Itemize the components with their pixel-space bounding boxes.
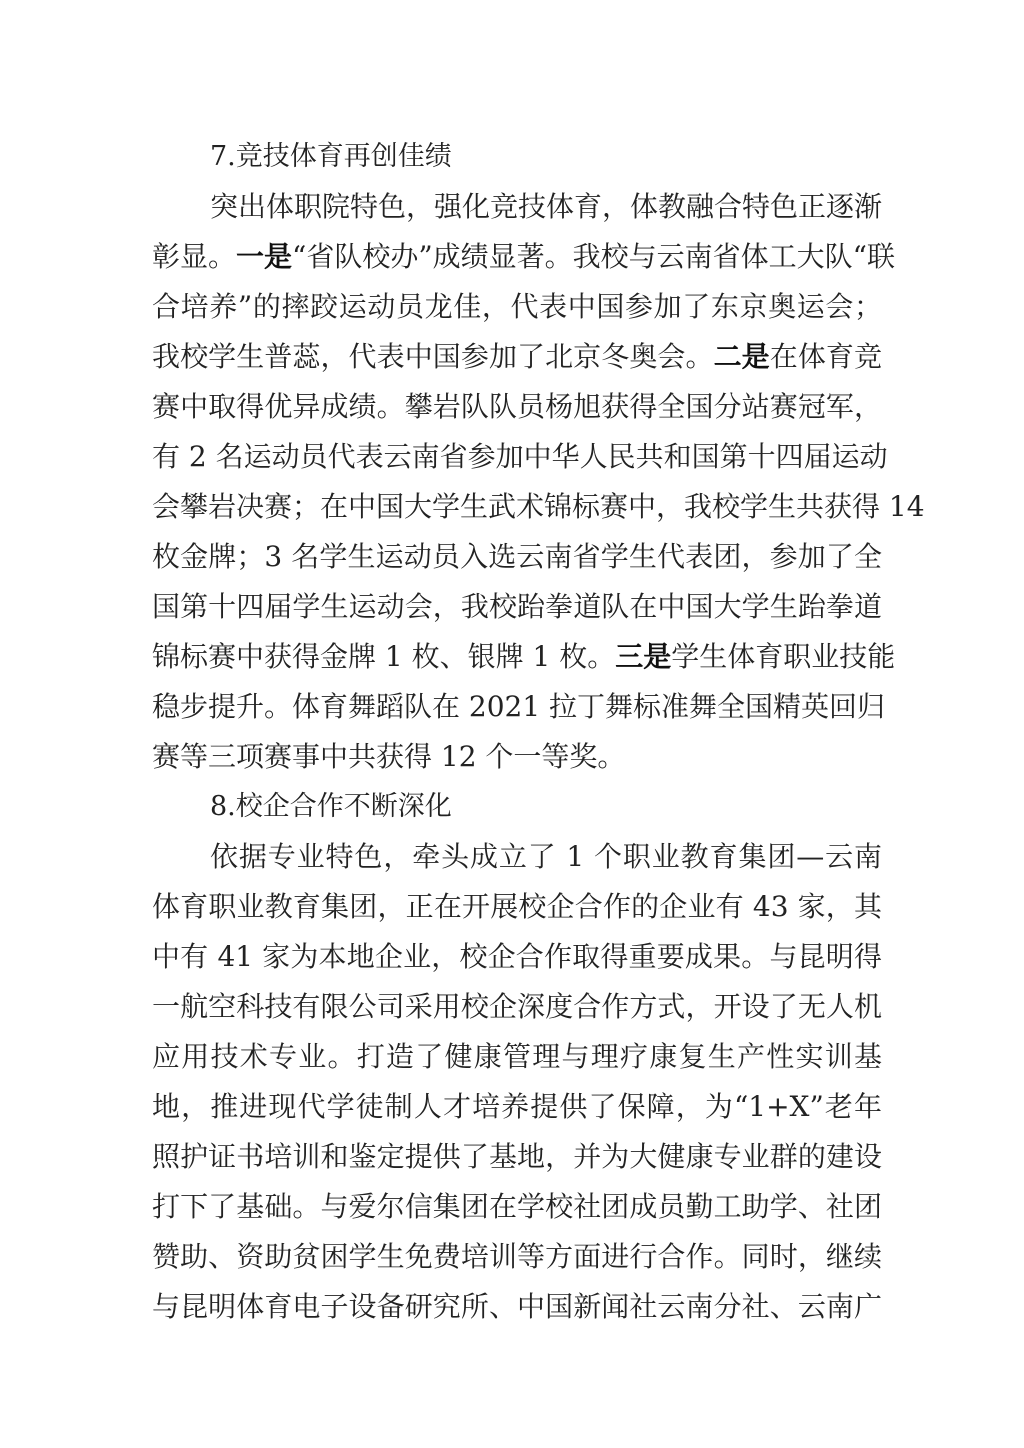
- paragraph-line: 赛中取得优异成绩。攀岩队队员杨旭获得全国分站赛冠军，: [152, 386, 882, 428]
- paragraph-line: 照护证书培训和鉴定提供了基地，并为大健康专业群的建设: [152, 1136, 882, 1178]
- paragraph-line: 应用技术专业。打造了健康管理与理疗康复生产性实训基: [152, 1036, 882, 1078]
- paragraph-line: 突出体职院特色，强化竞技体育，体教融合特色正逐渐: [210, 186, 882, 228]
- emphasis-text: 三是: [615, 640, 671, 673]
- paragraph-line: 锦标赛中获得金牌 1 枚、银牌 1 枚。三是学生体育职业技能: [152, 636, 882, 678]
- paragraph-line: 国第十四届学生运动会，我校跆拳道队在中国大学生跆拳道: [152, 586, 882, 628]
- paragraph-line: 赛等三项赛事中共获得 12 个一等奖。: [152, 736, 882, 778]
- section-heading: 7.竞技体育再创佳绩: [210, 136, 882, 178]
- paragraph-line: 体育职业教育集团，正在开展校企合作的企业有 43 家，其: [152, 886, 882, 928]
- paragraph-line: 我校学生普蕊，代表中国参加了北京冬奥会。二是在体育竞: [152, 336, 882, 378]
- paragraph-line: 中有 41 家为本地企业，校企合作取得重要成果。与昆明得: [152, 936, 882, 978]
- paragraph-line: 与昆明体育电子设备研究所、中国新闻社云南分社、云南广: [152, 1286, 882, 1328]
- paragraph-line: 枚金牌；3 名学生运动员入选云南省学生代表团，参加了全: [152, 536, 882, 578]
- paragraph-line: 依据专业特色，牵头成立了 1 个职业教育集团—云南: [210, 836, 882, 878]
- paragraph-line: 一航空科技有限公司采用校企深度合作方式，开设了无人机: [152, 986, 882, 1028]
- paragraph-line: 打下了基础。与爱尔信集团在学校社团成员勤工助学、社团: [152, 1186, 882, 1228]
- paragraph-line: 彰显。一是“省队校办”成绩显著。我校与云南省体工大队“联: [152, 236, 882, 278]
- emphasis-text: 一是: [236, 240, 292, 273]
- paragraph-line: 赞助、资助贫困学生免费培训等方面进行合作。同时，继续: [152, 1236, 882, 1278]
- paragraph-line: 有 2 名运动员代表云南省参加中华人民共和国第十四届运动: [152, 436, 882, 478]
- paragraph-line: 地，推进现代学徒制人才培养提供了保障，为“1+X”老年: [152, 1086, 882, 1128]
- paragraph-line: 稳步提升。体育舞蹈队在 2021 拉丁舞标准舞全国精英回归: [152, 686, 882, 728]
- paragraph-line: 合培养”的摔跤运动员龙佳，代表中国参加了东京奥运会；: [152, 286, 882, 328]
- document-page: 7.竞技体育再创佳绩 突出体职院特色，强化竞技体育，体教融合特色正逐渐 彰显。一…: [0, 0, 1024, 1448]
- emphasis-text: 二是: [714, 340, 770, 373]
- paragraph-line: 会攀岩决赛；在中国大学生武术锦标赛中，我校学生共获得 14: [152, 486, 882, 528]
- section-heading: 8.校企合作不断深化: [210, 786, 882, 828]
